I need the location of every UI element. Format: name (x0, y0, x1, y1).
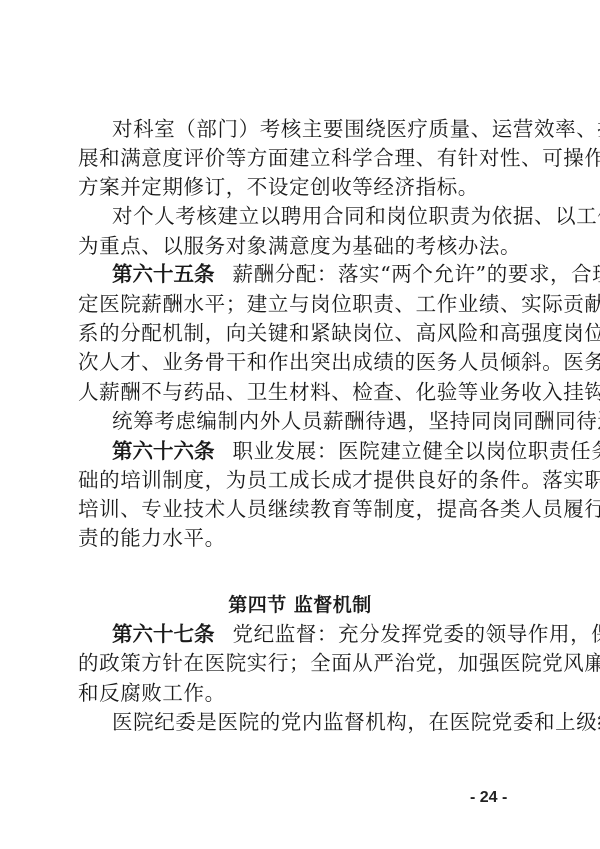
document-page: 对科室（部门）考核主要围绕医疗质量、运营效率、持续发 展和满意度评价等方面建立科… (0, 0, 600, 849)
paragraph-line: 展和满意度评价等方面建立科学合理、有针对性、可操作的考核 (78, 144, 524, 173)
article-text: 薪酬分配：落实“两个允许”的要求，合理确 (233, 262, 600, 286)
article-67-first-line: 第六十七条党纪监督：充分发挥党委的领导作用，保障党 (112, 620, 524, 649)
article-66-first-line: 第六十六条职业发展：医院建立健全以岗位职责任务为基 (112, 437, 524, 466)
paragraph-line: 系的分配机制，向关键和紧缺岗位、高风险和高强度岗位、高层 (78, 319, 524, 348)
paragraph-line: 础的培训制度，为员工成长成才提供良好的条件。落实职业技能 (78, 466, 524, 495)
article-65-first-line: 第六十五条薪酬分配：落实“两个允许”的要求，合理确 (112, 260, 524, 289)
article-text: 党纪监督：充分发挥党委的领导作用，保障党 (233, 622, 600, 646)
article-number: 第六十七条 (112, 622, 215, 646)
paragraph-line: 对个人考核建立以聘用合同和岗位职责为依据、以工作绩效 (112, 202, 524, 231)
paragraph-line: 责的能力水平。 (78, 524, 524, 553)
paragraph-line: 定医院薪酬水平；建立与岗位职责、工作业绩、实际贡献紧密联 (78, 290, 524, 319)
section-heading: 第四节 监督机制 (0, 592, 600, 618)
article-text: 职业发展：医院建立健全以岗位职责任务为基 (233, 439, 600, 463)
paragraph-line: 次人才、业务骨干和作出突出成绩的医务人员倾斜。医务人员个 (78, 348, 524, 377)
paragraph-line: 的政策方针在医院实行；全面从严治党，加强医院党风廉政建设 (78, 649, 524, 678)
paragraph-line: 方案并定期修订，不设定创收等经济指标。 (78, 173, 524, 202)
paragraph-line: 人薪酬不与药品、卫生材料、检查、化验等业务收入挂钩。 (78, 378, 524, 407)
paragraph-line: 统筹考虑编制内外人员薪酬待遇，坚持同岗同酬同待遇。 (112, 407, 524, 436)
article-number: 第六十五条 (112, 262, 215, 286)
paragraph-line: 和反腐败工作。 (78, 679, 524, 708)
article-number: 第六十六条 (112, 439, 215, 463)
paragraph-line: 医院纪委是医院的党内监督机构，在医院党委和上级纪委的 (112, 708, 524, 737)
paragraph-line: 为重点、以服务对象满意度为基础的考核办法。 (78, 232, 524, 261)
paragraph-line: 对科室（部门）考核主要围绕医疗质量、运营效率、持续发 (112, 115, 524, 144)
page-number: - 24 - (470, 788, 507, 808)
paragraph-line: 培训、专业技术人员继续教育等制度，提高各类人员履行岗位职 (78, 495, 524, 524)
